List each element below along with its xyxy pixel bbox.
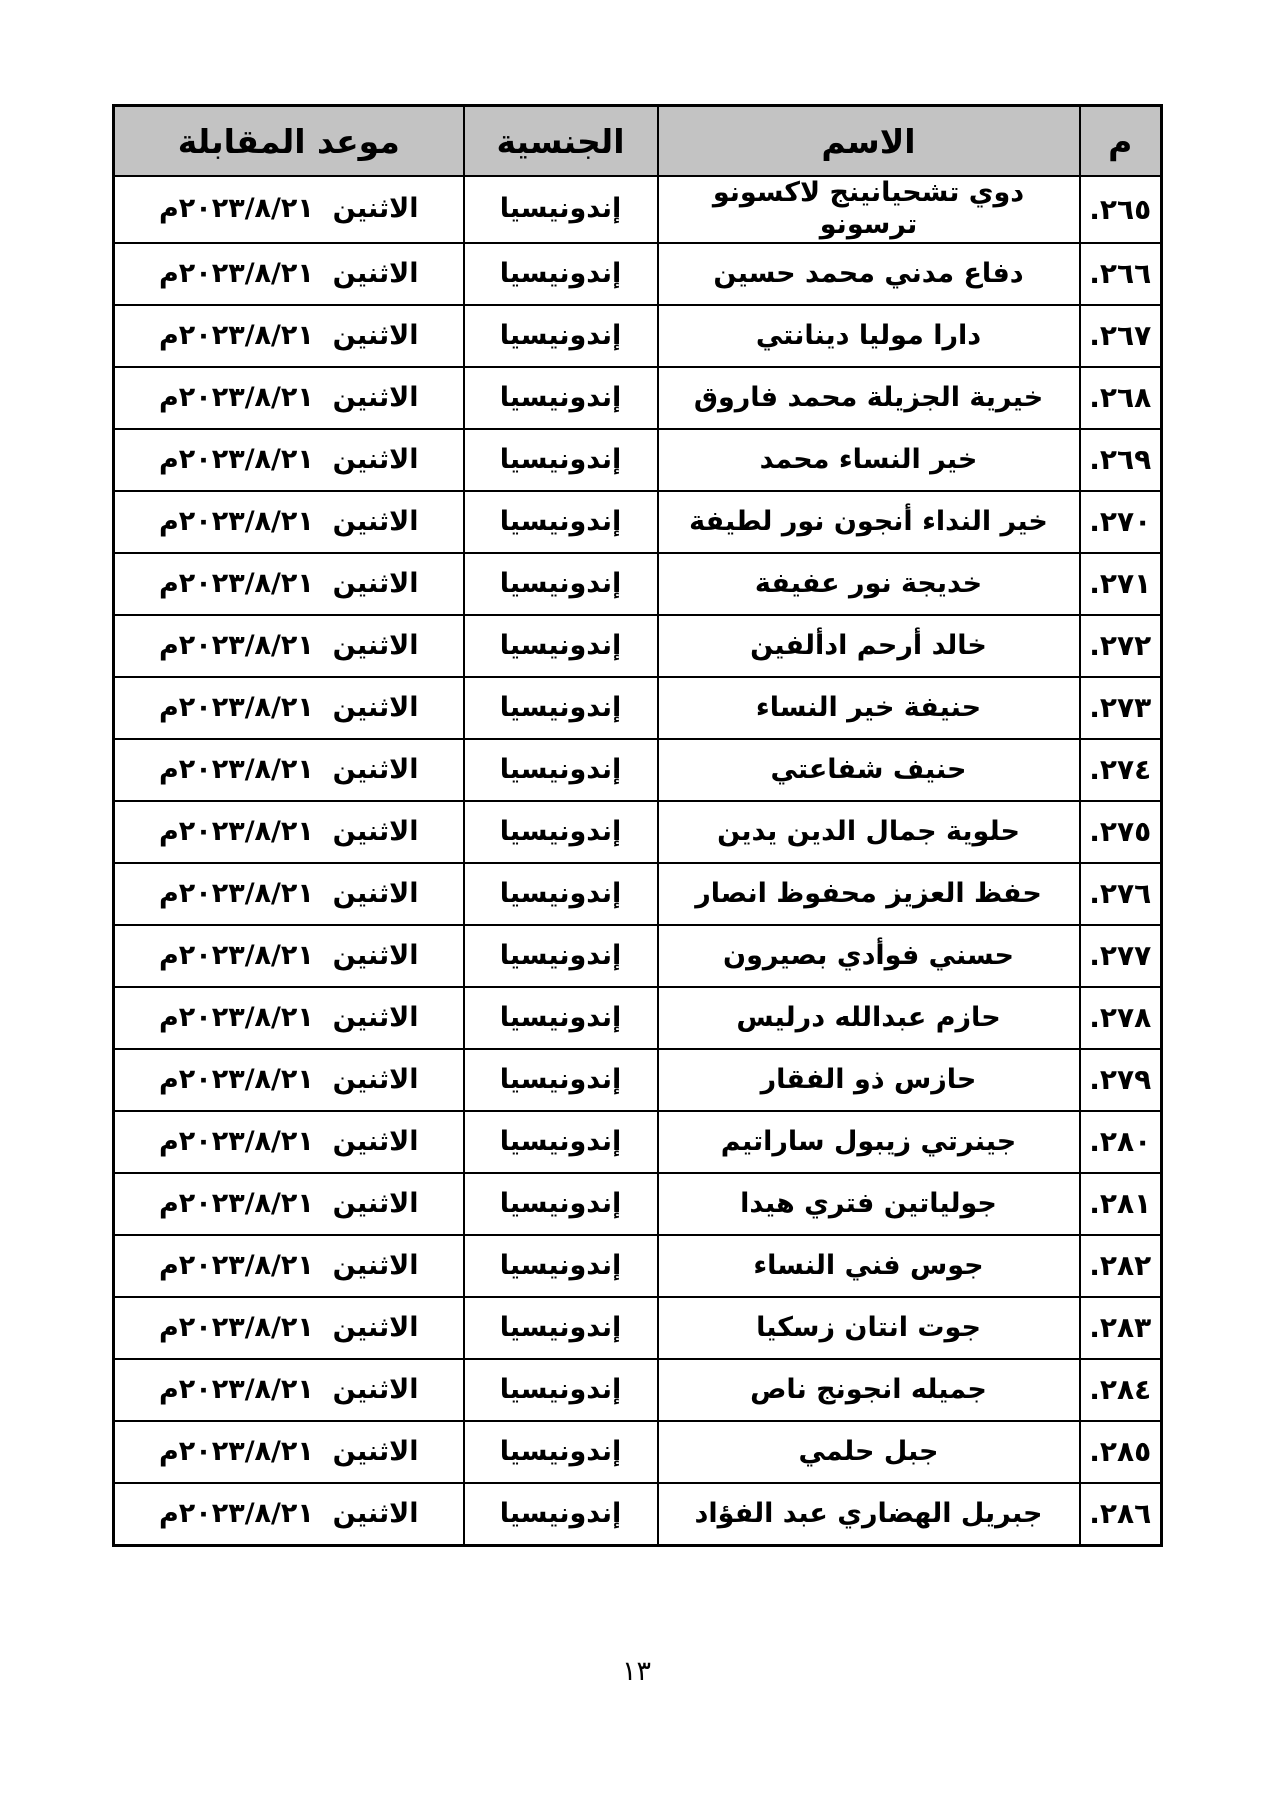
table-row: ٢٨٣.جوت انتان زسكياإندونيسياالاثنين ٢٠٢٣… [114, 1297, 1162, 1359]
table-row: ٢٧٦.حفظ العزيز محفوظ انصارإندونيسياالاثن… [114, 863, 1162, 925]
table-row: ٢٧٢.خالد أرحم ادألفينإندونيسياالاثنين ٢٠… [114, 615, 1162, 677]
cell-nationality: إندونيسيا [464, 1483, 658, 1546]
table-row: ٢٦٩.خير النساء محمدإندونيسياالاثنين ٢٠٢٣… [114, 429, 1162, 491]
cell-nationality: إندونيسيا [464, 1173, 658, 1235]
cell-serial: ٢٨٤. [1080, 1359, 1162, 1421]
cell-appointment: الاثنين ٢٠٢٣/٨/٢١م [114, 615, 464, 677]
cell-serial: ٢٨٢. [1080, 1235, 1162, 1297]
table-row: ٢٨٢.جوس فني النساءإندونيسياالاثنين ٢٠٢٣/… [114, 1235, 1162, 1297]
cell-appointment: الاثنين ٢٠٢٣/٨/٢١م [114, 176, 464, 243]
cell-serial: ٢٧٧. [1080, 925, 1162, 987]
cell-appointment: الاثنين ٢٠٢٣/٨/٢١م [114, 677, 464, 739]
table-row: ٢٨١.جولياتين فتري هيداإندونيسياالاثنين ٢… [114, 1173, 1162, 1235]
header-serial: م [1080, 106, 1162, 177]
cell-name: خالد أرحم ادألفين [658, 615, 1080, 677]
header-appointment: موعد المقابلة [114, 106, 464, 177]
cell-serial: ٢٨٦. [1080, 1483, 1162, 1546]
table-row: ٢٨٠.جينرتي زيبول ساراتيمإندونيسياالاثنين… [114, 1111, 1162, 1173]
cell-appointment: الاثنين ٢٠٢٣/٨/٢١م [114, 863, 464, 925]
table-row: ٢٨٥.جبل حلميإندونيسياالاثنين ٢٠٢٣/٨/٢١م [114, 1421, 1162, 1483]
header-name: الاسم [658, 106, 1080, 177]
cell-name: خير النداء أنجون نور لطيفة [658, 491, 1080, 553]
cell-nationality: إندونيسيا [464, 739, 658, 801]
table-header: م الاسم الجنسية موعد المقابلة [114, 106, 1162, 177]
cell-name: جوت انتان زسكيا [658, 1297, 1080, 1359]
cell-serial: ٢٧٣. [1080, 677, 1162, 739]
cell-nationality: إندونيسيا [464, 615, 658, 677]
table-row: ٢٦٦.دفاع مدني محمد حسينإندونيسياالاثنين … [114, 243, 1162, 305]
cell-name: حلوية جمال الدين يدين [658, 801, 1080, 863]
cell-serial: ٢٧٨. [1080, 987, 1162, 1049]
table-row: ٢٧٥.حلوية جمال الدين يدينإندونيسياالاثني… [114, 801, 1162, 863]
table-row: ٢٦٨.خيرية الجزيلة محمد فاروقإندونيسياالا… [114, 367, 1162, 429]
cell-nationality: إندونيسيا [464, 1049, 658, 1111]
cell-nationality: إندونيسيا [464, 553, 658, 615]
cell-serial: ٢٧٠. [1080, 491, 1162, 553]
cell-nationality: إندونيسيا [464, 176, 658, 243]
table-row: ٢٧٨.حازم عبدالله درليسإندونيسياالاثنين ٢… [114, 987, 1162, 1049]
table-row: ٢٧١.خديجة نور عفيفةإندونيسياالاثنين ٢٠٢٣… [114, 553, 1162, 615]
cell-appointment: الاثنين ٢٠٢٣/٨/٢١م [114, 1421, 464, 1483]
cell-nationality: إندونيسيا [464, 1359, 658, 1421]
cell-nationality: إندونيسيا [464, 429, 658, 491]
cell-serial: ٢٦٩. [1080, 429, 1162, 491]
cell-nationality: إندونيسيا [464, 801, 658, 863]
cell-name: حنيف شفاعتي [658, 739, 1080, 801]
cell-name: جينرتي زيبول ساراتيم [658, 1111, 1080, 1173]
cell-serial: ٢٨١. [1080, 1173, 1162, 1235]
interview-schedule-table: م الاسم الجنسية موعد المقابلة ٢٦٥.دوي تش… [112, 104, 1163, 1547]
cell-appointment: الاثنين ٢٠٢٣/٨/٢١م [114, 305, 464, 367]
cell-name: جبل حلمي [658, 1421, 1080, 1483]
cell-name: خير النساء محمد [658, 429, 1080, 491]
cell-nationality: إندونيسيا [464, 677, 658, 739]
table-row: ٢٧٠.خير النداء أنجون نور لطيفةإندونيسياا… [114, 491, 1162, 553]
cell-name: حازم عبدالله درليس [658, 987, 1080, 1049]
cell-appointment: الاثنين ٢٠٢٣/٨/٢١م [114, 1173, 464, 1235]
cell-nationality: إندونيسيا [464, 1297, 658, 1359]
document-page: م الاسم الجنسية موعد المقابلة ٢٦٥.دوي تش… [0, 0, 1273, 1800]
cell-name: حسني فوأدي بصيرون [658, 925, 1080, 987]
cell-appointment: الاثنين ٢٠٢٣/٨/٢١م [114, 801, 464, 863]
cell-serial: ٢٨٥. [1080, 1421, 1162, 1483]
table-body: ٢٦٥.دوي تشحيانينج لاكسونو ترسونوإندونيسي… [114, 176, 1162, 1545]
cell-appointment: الاثنين ٢٠٢٣/٨/٢١م [114, 491, 464, 553]
cell-serial: ٢٦٧. [1080, 305, 1162, 367]
cell-name: جبريل الهضاري عبد الفؤاد [658, 1483, 1080, 1546]
table-row: ٢٧٧.حسني فوأدي بصيرونإندونيسياالاثنين ٢٠… [114, 925, 1162, 987]
cell-serial: ٢٧٢. [1080, 615, 1162, 677]
cell-appointment: الاثنين ٢٠٢٣/٨/٢١م [114, 1049, 464, 1111]
header-row: م الاسم الجنسية موعد المقابلة [114, 106, 1162, 177]
cell-nationality: إندونيسيا [464, 305, 658, 367]
cell-appointment: الاثنين ٢٠٢٣/٨/٢١م [114, 1359, 464, 1421]
cell-appointment: الاثنين ٢٠٢٣/٨/٢١م [114, 429, 464, 491]
cell-serial: ٢٦٥. [1080, 176, 1162, 243]
cell-name: جولياتين فتري هيدا [658, 1173, 1080, 1235]
cell-nationality: إندونيسيا [464, 863, 658, 925]
table-row: ٢٧٣.حنيفة خير النساءإندونيسياالاثنين ٢٠٢… [114, 677, 1162, 739]
cell-appointment: الاثنين ٢٠٢٣/٨/٢١م [114, 553, 464, 615]
cell-appointment: الاثنين ٢٠٢٣/٨/٢١م [114, 987, 464, 1049]
cell-appointment: الاثنين ٢٠٢٣/٨/٢١م [114, 243, 464, 305]
cell-serial: ٢٧١. [1080, 553, 1162, 615]
cell-appointment: الاثنين ٢٠٢٣/٨/٢١م [114, 739, 464, 801]
cell-name: دفاع مدني محمد حسين [658, 243, 1080, 305]
cell-name: خديجة نور عفيفة [658, 553, 1080, 615]
cell-nationality: إندونيسيا [464, 925, 658, 987]
cell-nationality: إندونيسيا [464, 367, 658, 429]
cell-serial: ٢٧٥. [1080, 801, 1162, 863]
cell-appointment: الاثنين ٢٠٢٣/٨/٢١م [114, 367, 464, 429]
cell-nationality: إندونيسيا [464, 1235, 658, 1297]
header-nationality: الجنسية [464, 106, 658, 177]
cell-nationality: إندونيسيا [464, 987, 658, 1049]
table-row: ٢٨٦.جبريل الهضاري عبد الفؤادإندونيسياالا… [114, 1483, 1162, 1546]
cell-nationality: إندونيسيا [464, 491, 658, 553]
cell-serial: ٢٦٨. [1080, 367, 1162, 429]
table-row: ٢٦٧.دارا موليا دينانتيإندونيسياالاثنين ٢… [114, 305, 1162, 367]
cell-name: خيرية الجزيلة محمد فاروق [658, 367, 1080, 429]
cell-appointment: الاثنين ٢٠٢٣/٨/٢١م [114, 1111, 464, 1173]
cell-appointment: الاثنين ٢٠٢٣/٨/٢١م [114, 1483, 464, 1546]
cell-name: جوس فني النساء [658, 1235, 1080, 1297]
cell-serial: ٢٧٦. [1080, 863, 1162, 925]
cell-name: حفظ العزيز محفوظ انصار [658, 863, 1080, 925]
table-row: ٢٧٩.حازس ذو الفقارإندونيسياالاثنين ٢٠٢٣/… [114, 1049, 1162, 1111]
cell-name: حنيفة خير النساء [658, 677, 1080, 739]
cell-name: دوي تشحيانينج لاكسونو ترسونو [658, 176, 1080, 243]
cell-appointment: الاثنين ٢٠٢٣/٨/٢١م [114, 1297, 464, 1359]
table-row: ٢٨٤.جميله انجونج ناصإندونيسياالاثنين ٢٠٢… [114, 1359, 1162, 1421]
cell-name: جميله انجونج ناص [658, 1359, 1080, 1421]
cell-nationality: إندونيسيا [464, 243, 658, 305]
cell-name: حازس ذو الفقار [658, 1049, 1080, 1111]
cell-serial: ٢٦٦. [1080, 243, 1162, 305]
cell-nationality: إندونيسيا [464, 1111, 658, 1173]
cell-serial: ٢٧٤. [1080, 739, 1162, 801]
page-number: ١٣ [0, 1656, 1273, 1687]
cell-serial: ٢٨٠. [1080, 1111, 1162, 1173]
cell-serial: ٢٨٣. [1080, 1297, 1162, 1359]
cell-name: دارا موليا دينانتي [658, 305, 1080, 367]
cell-nationality: إندونيسيا [464, 1421, 658, 1483]
table-row: ٢٧٤.حنيف شفاعتيإندونيسياالاثنين ٢٠٢٣/٨/٢… [114, 739, 1162, 801]
table-row: ٢٦٥.دوي تشحيانينج لاكسونو ترسونوإندونيسي… [114, 176, 1162, 243]
cell-appointment: الاثنين ٢٠٢٣/٨/٢١م [114, 925, 464, 987]
cell-appointment: الاثنين ٢٠٢٣/٨/٢١م [114, 1235, 464, 1297]
cell-serial: ٢٧٩. [1080, 1049, 1162, 1111]
